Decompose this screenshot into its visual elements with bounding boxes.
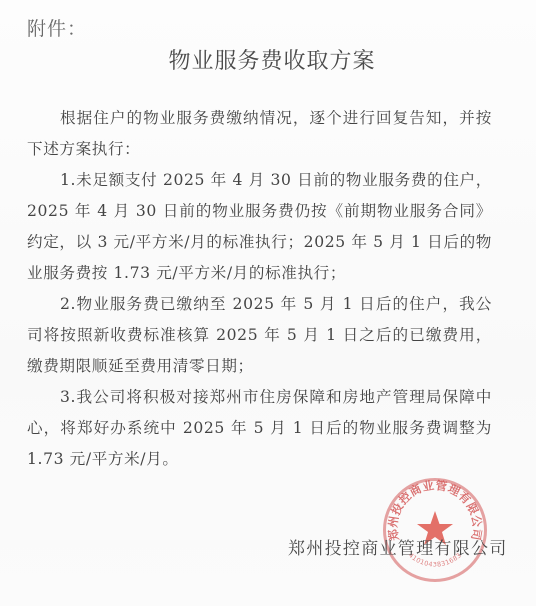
list-item-2: 2.物业服务费已缴纳至 2025 年 5 月 1 日后的住户，我公司将按照新收费… (27, 289, 492, 382)
attachment-label: 附件： (27, 14, 87, 41)
item-number: 2. (60, 295, 76, 313)
signature-company-name: 郑州投控商业管理有限公司 (288, 534, 508, 559)
seal-graphic: 郑州投控商业管理有限公司 4101043831683 (383, 478, 487, 582)
document-title: 物业服务费收取方案 (0, 44, 536, 75)
item-number: 1. (60, 171, 76, 189)
item-text: 未足额支付 2025 年 4 月 30 日前的物业服务费的住户，2025 年 4… (27, 171, 492, 282)
document-body: 根据住户的物业服务费缴纳情况，逐个进行回复告知，并按下述方案执行： 1.未足额支… (27, 103, 492, 475)
list-item-3: 3.我公司将积极对接郑州市住房保障和房地产管理局保障中心，将郑好办系统中 202… (27, 382, 492, 475)
item-number: 3. (60, 388, 76, 406)
item-text: 我公司将积极对接郑州市住房保障和房地产管理局保障中心，将郑好办系统中 2025 … (27, 388, 492, 468)
intro-paragraph: 根据住户的物业服务费缴纳情况，逐个进行回复告知，并按下述方案执行： (27, 103, 492, 165)
list-item-1: 1.未足额支付 2025 年 4 月 30 日前的物业服务费的住户，2025 年… (27, 165, 492, 289)
company-seal: 郑州投控商业管理有限公司 4101043831683 (383, 478, 487, 582)
document-page: 附件： 物业服务费收取方案 根据住户的物业服务费缴纳情况，逐个进行回复告知，并按… (0, 0, 536, 606)
item-text: 物业服务费已缴纳至 2025 年 5 月 1 日后的住户，我公司将按照新收费标准… (27, 295, 492, 375)
